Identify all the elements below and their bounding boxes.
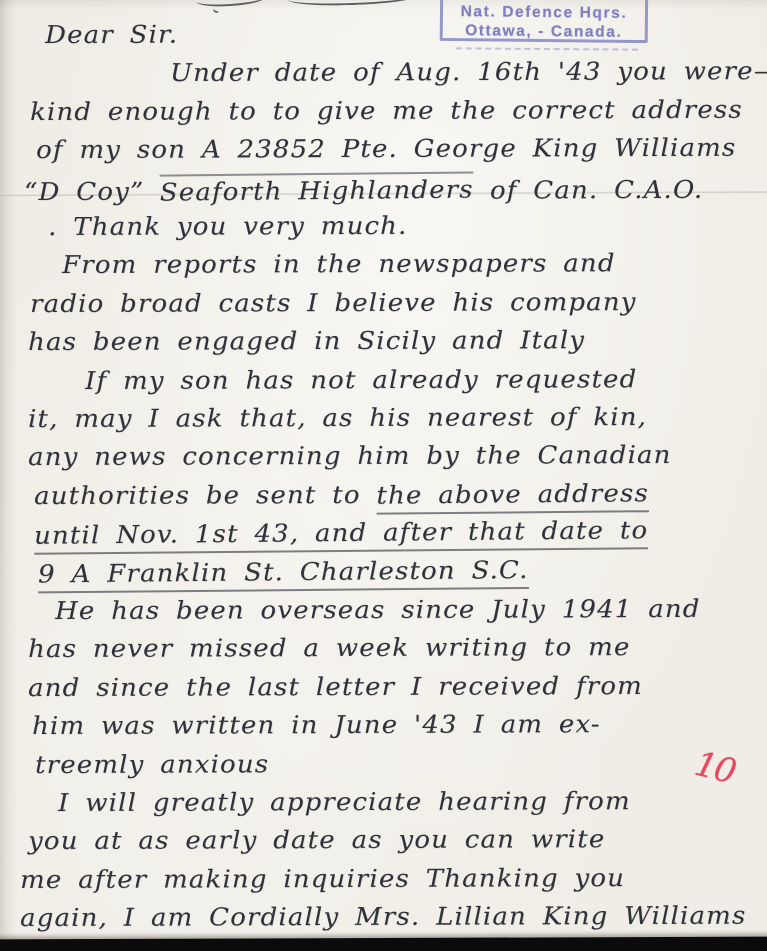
letter-line: Under date of Aug. 16th '43 you were— <box>170 56 767 87</box>
handwritten-text: has never missed a week writing to me <box>28 632 631 663</box>
handwritten-text: Under date of Aug. 16th '43 you were— <box>170 56 767 87</box>
letter-line: 9 A Franklin St. Charleston S.C. <box>38 556 529 592</box>
letter-line: kind enough to to give me the correct ad… <box>30 94 743 125</box>
handwritten-text: and since the last letter I received fro… <box>28 671 643 702</box>
letter-line: I will greatly appreciate hearing from <box>58 786 631 817</box>
handwritten-text: Seaforth Highlanders <box>160 171 474 206</box>
letter-body: Dear Sir.Under date of Aug. 16th '43 you… <box>0 0 767 951</box>
handwritten-text: kind enough to to give me the correct ad… <box>30 94 743 125</box>
handwritten-text: has been engaged in Sicily and Italy <box>28 325 585 356</box>
letter-line: authorities be sent to the above address <box>34 479 649 515</box>
handwritten-text: any news concerning him by the Canadian <box>28 440 672 471</box>
handwritten-text: of my son A 23852 Pte. George King Willi… <box>36 133 736 164</box>
handwritten-text: “D Coy” <box>24 176 160 205</box>
underlined-text: 9 A Franklin St. Charleston S.C. <box>38 555 529 593</box>
letter-line: has been engaged in Sicily and Italy <box>28 325 585 356</box>
handwritten-text: it, may I ask that, as his nearest of ki… <box>28 402 647 433</box>
handwritten-text: . Thank you very much. <box>48 211 408 241</box>
letter-line: you at as early date as you can write <box>28 824 605 855</box>
letter-line: He has been overseas since July 1941 and <box>55 594 701 625</box>
letter-line: me after making inquiries Thanking you <box>20 863 625 894</box>
letter-line: any news concerning him by the Canadian <box>28 440 672 471</box>
letter-line: again, I am Cordially Mrs. Lillian King … <box>20 901 746 932</box>
letter-line: radio broad casts I believe his company <box>30 287 637 318</box>
handwritten-text: you at as early date as you can write <box>28 824 605 855</box>
underlined-text: the above address <box>376 478 649 514</box>
handwritten-text: From reports in the newspapers and <box>62 249 616 280</box>
handwritten-text: him was written in June '43 I am ex- <box>32 709 601 740</box>
letter-line: If my son has not already requested <box>85 364 637 395</box>
handwritten-text: authorities be sent to <box>34 480 376 510</box>
letter-line: him was written in June '43 I am ex- <box>32 709 601 740</box>
letter-line: treemly anxious <box>35 749 269 779</box>
scan-edge-bar <box>0 937 767 951</box>
letter-line: has never missed a week writing to me <box>28 632 631 663</box>
letter-line: and since the last letter I received fro… <box>28 671 643 702</box>
handwritten-text: If my son has not already requested <box>85 364 637 395</box>
letter-line: From reports in the newspapers and <box>62 249 616 280</box>
handwritten-text: I will greatly appreciate hearing from <box>58 786 631 817</box>
scanned-letter-page: Nat. Defence Hqrs. Ottawa, - Canada. Dea… <box>0 0 767 951</box>
handwritten-text: of Can. C.A.O. <box>474 174 703 204</box>
handwritten-text: me after making inquiries Thanking you <box>20 863 625 894</box>
letter-line: it, may I ask that, as his nearest of ki… <box>28 402 647 433</box>
underlined-text: until Nov. 1st 43, and after that date t… <box>34 515 649 555</box>
handwritten-text: treemly anxious <box>35 749 269 779</box>
letter-line: Dear Sir. <box>45 20 178 49</box>
handwritten-text: Dear Sir. <box>45 20 178 49</box>
letter-line: until Nov. 1st 43, and after that date t… <box>34 517 648 553</box>
letter-line: “D Coy” Seaforth Highlanders of Can. C.A… <box>24 171 703 205</box>
letter-line: . Thank you very much. <box>48 211 408 241</box>
handwritten-text: radio broad casts I believe his company <box>30 287 637 318</box>
handwritten-text: again, I am Cordially Mrs. Lillian King … <box>20 901 746 932</box>
letter-line: of my son A 23852 Pte. George King Willi… <box>36 133 736 164</box>
handwritten-text: He has been overseas since July 1941 and <box>55 594 701 625</box>
